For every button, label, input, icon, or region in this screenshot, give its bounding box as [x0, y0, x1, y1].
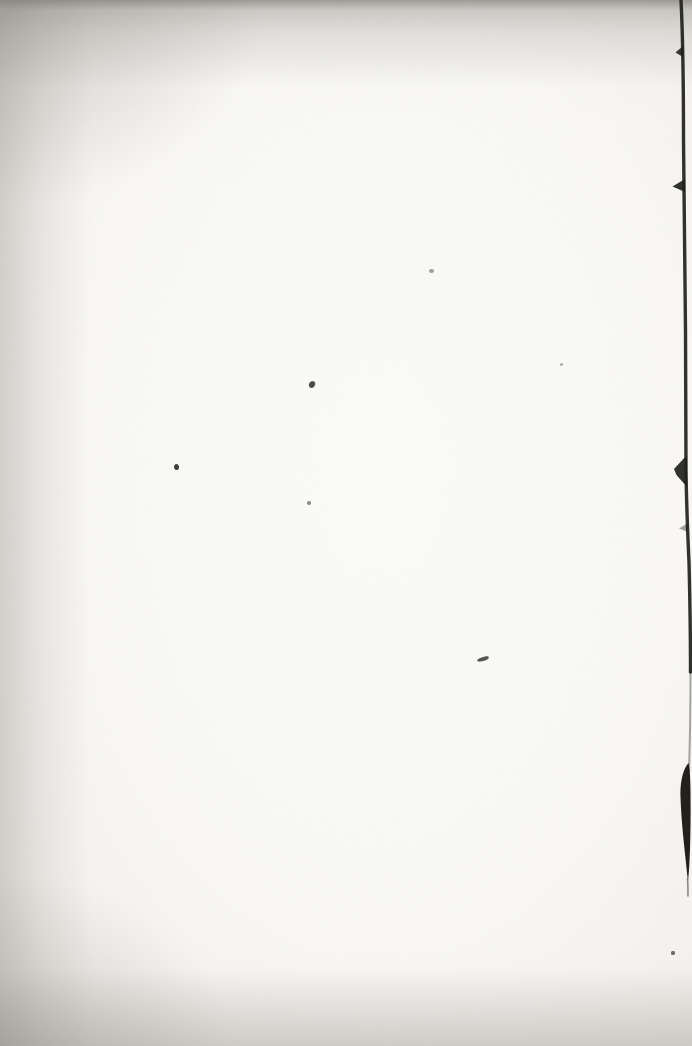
- ink-specks-group: [0, 0, 692, 1046]
- gutter-line-segment: [681, 0, 691, 672]
- gutter-line-segment: [680, 763, 690, 881]
- bottom-edge-shadow: [0, 968, 692, 1046]
- bottom-left-corner-shadow: [0, 876, 230, 1046]
- gutter-line-segment: [676, 46, 684, 57]
- ink-speck: [429, 269, 434, 273]
- gutter-line-segment: [679, 523, 688, 532]
- gutter-line: [0, 0, 692, 1046]
- gutter-line-segment: [673, 179, 686, 192]
- top-left-corner-shadow: [0, 0, 270, 210]
- top-edge-shadow: [0, 0, 692, 88]
- left-edge-shadow: [0, 0, 92, 1046]
- ink-speck: [560, 363, 563, 366]
- gutter-line-segment: [674, 455, 687, 487]
- ink-speck: [308, 380, 316, 389]
- top-edge-dark-strip: [0, 0, 692, 10]
- ink-speck: [307, 501, 311, 505]
- ink-speck: [174, 464, 179, 470]
- paper-grain-texture: [0, 0, 692, 1046]
- gutter-line-segment: [689, 670, 691, 772]
- ink-speck: [477, 656, 490, 663]
- scanned-page: [0, 0, 692, 1046]
- ink-speck: [671, 951, 675, 955]
